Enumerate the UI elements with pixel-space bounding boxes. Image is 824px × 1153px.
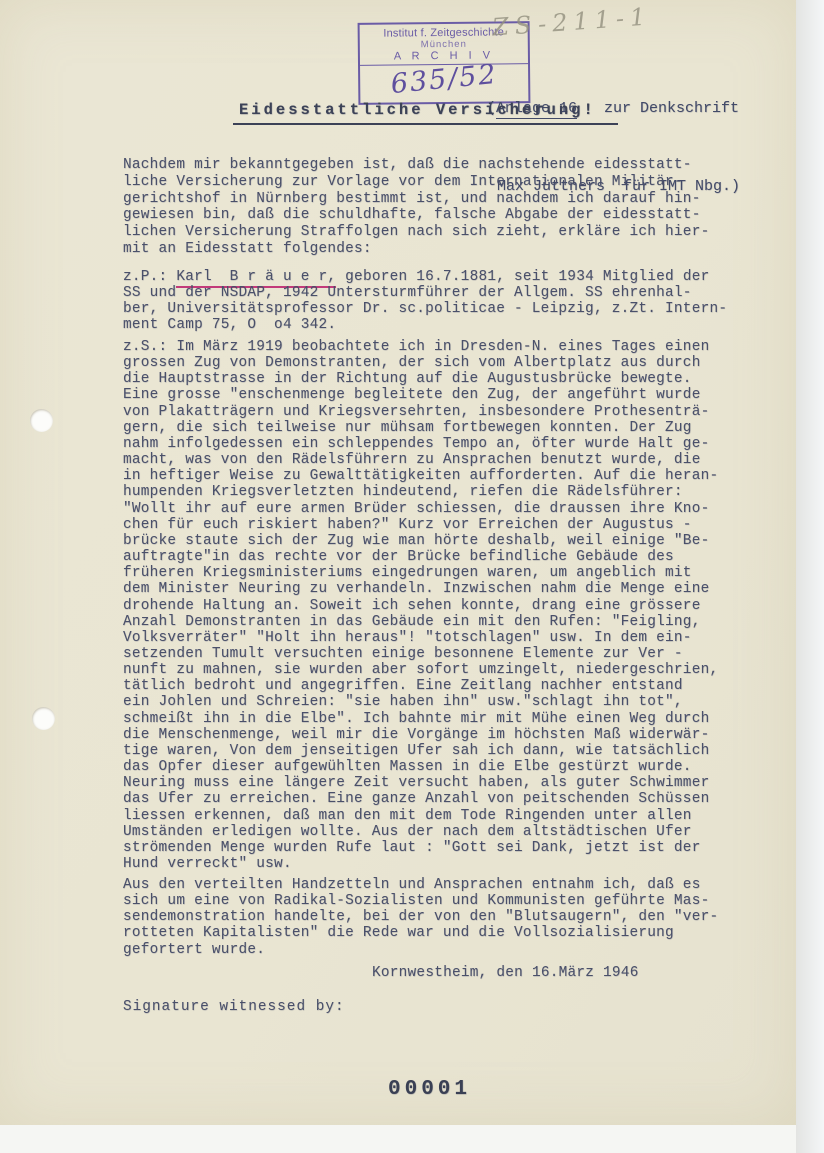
document-title: Eidesstattliche Versicherung! bbox=[233, 101, 618, 125]
scanner-background-bottom bbox=[0, 1125, 796, 1153]
date-place-line: Kornwestheim, den 16.März 1946 bbox=[372, 965, 639, 981]
zp-prefix: z.P.: bbox=[123, 269, 176, 285]
punch-hole-bottom bbox=[32, 707, 55, 730]
scanner-background-right bbox=[796, 0, 824, 1153]
signature-witnessed-line: Signature witnessed by: bbox=[123, 999, 345, 1015]
paragraph-zur-sache: z.S.: Im März 1919 beobachtete ich in Dr… bbox=[123, 339, 718, 872]
paragraph-leaflets: Aus den verteilten Handzetteln und Anspr… bbox=[123, 877, 718, 958]
paragraph-intro: Nachdem mir bekanntgegeben ist, daß die … bbox=[123, 157, 709, 258]
paragraph-zur-person: z.P.: Karl B r ä u e r, geboren 16.7.188… bbox=[123, 269, 727, 334]
punch-hole-top bbox=[30, 409, 53, 432]
page-number-stamp: 00001 bbox=[388, 1078, 471, 1101]
scanned-affidavit-page: { "page": { "pencil_note": "ZS-211-1", "… bbox=[0, 0, 824, 1153]
